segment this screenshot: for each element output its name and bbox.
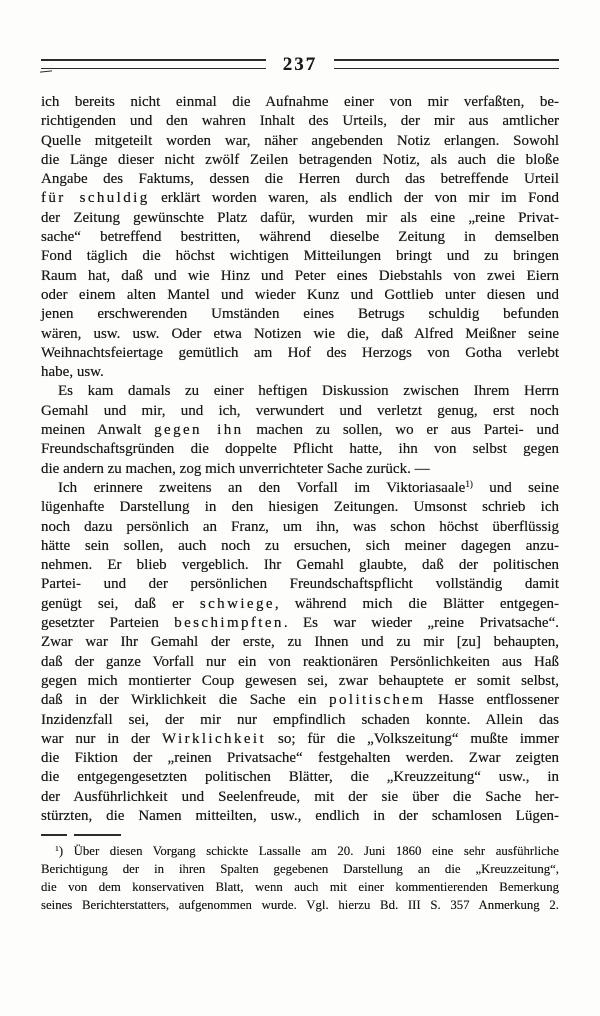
text-segment: und seine <box>473 480 559 496</box>
text-line: Gemahl und mir, und ich, verwundert und … <box>41 402 559 421</box>
text-line: der Ausführlichkeit und Seelenfreude, mi… <box>41 788 559 807</box>
text-segment: habe, usw. <box>41 364 104 380</box>
text-line: hätte sein sollen, auch noch zu ersuchen… <box>41 537 559 556</box>
text-line: habe, usw. <box>41 363 559 382</box>
text-line: war nur in der Wirklichkeit so; für die … <box>41 730 559 749</box>
text-segment: Gemahl und mir, und ich, verwundert und … <box>41 403 559 419</box>
text-line: jenen erschwerenden Umständen eines Betr… <box>41 305 559 324</box>
text-segment: die Fiktion der „reinen Privatsache“ fes… <box>41 750 559 766</box>
text-segment: gesetzter Parteien <box>41 615 174 631</box>
text-segment: erklärt worden waren, als endlich der vo… <box>150 190 559 206</box>
text-segment: daß der ganze Vorfall nur ein von reakti… <box>41 654 559 670</box>
text-line: Ich erinnere zweitens an den Vorfall im … <box>41 479 559 498</box>
letterspaced-text: Wirklichkeit <box>162 731 266 747</box>
text-segment: Angabe des Faktums, dessen die Herren du… <box>41 171 559 187</box>
text-segment: stürzten, die Namen mitteilten, usw., en… <box>41 808 559 824</box>
text-line: oder einem alten Mantel und wieder Kunz … <box>41 286 559 305</box>
header-rule-right <box>334 59 559 69</box>
text-body: ich bereits nicht einmal die Aufnahme ei… <box>41 93 559 826</box>
footnote-line: seines Berichterstatters, aufgenommen wu… <box>41 896 559 914</box>
text-line: die Länge dieser nicht zwölf Zeilen betr… <box>41 151 559 170</box>
text-line: daß der ganze Vorfall nur ein von reakti… <box>41 653 559 672</box>
text-line: Raum hat, daß und wie Hinz und Peter ein… <box>41 267 559 286</box>
text-segment: genügt sei, daß er <box>41 596 200 612</box>
text-line: Es kam damals zu einer heftigen Diskussi… <box>41 382 559 401</box>
letterspaced-text: gegen ihn <box>154 422 243 438</box>
text-segment: Quelle mitgeteilt worden war, näher ange… <box>41 133 559 149</box>
text-segment: meinen Anwalt <box>41 422 154 438</box>
footnote: 1) Über diesen Vorgang schickte Lassalle… <box>41 842 559 914</box>
text-line: Quelle mitgeteilt worden war, näher ange… <box>41 132 559 151</box>
text-segment: Zwar war Ihr Gemahl der erste, zu Ihnen … <box>41 634 559 650</box>
text-segment: . Es war wieder „reine Privatsache“. <box>284 615 559 631</box>
letterspaced-text: für schuldig <box>41 190 150 206</box>
text-segment: die andern zu machen, zog mich unverrich… <box>41 461 430 477</box>
text-line: für schuldig erklärt worden waren, als e… <box>41 189 559 208</box>
text-line: wären, usw. usw. Oder etwa Notizen wie d… <box>41 325 559 344</box>
scanned-book-page: 237 ich bereits nicht einmal die Aufnahm… <box>0 0 600 1016</box>
text-line: genügt sei, daß er schwiege, während mic… <box>41 595 559 614</box>
footnote-line: Berichtigung der in ihren Spalten gegebe… <box>41 860 559 878</box>
text-segment: wären, usw. usw. Oder etwa Notizen wie d… <box>41 326 559 342</box>
text-segment: die von dem konservativen Blatt, wenn au… <box>41 880 559 894</box>
footnote-line: 1) Über diesen Vorgang schickte Lassalle… <box>41 842 559 860</box>
footnote-line: die von dem konservativen Blatt, wenn au… <box>41 878 559 896</box>
text-segment: ) Über diesen Vorgang schickte Lassalle … <box>59 844 559 858</box>
text-line: Weihnachtsfeiertage gemütlich am Hof des… <box>41 344 559 363</box>
text-segment: die Länge dieser nicht zwölf Zeilen betr… <box>41 152 559 168</box>
page-header: 237 <box>41 53 559 75</box>
footnote-separator <box>41 834 121 836</box>
text-segment: der Ausführlichkeit und Seelenfreude, mi… <box>41 789 559 805</box>
text-segment: oder einem alten Mantel und wieder Kunz … <box>41 287 559 303</box>
text-segment: Inzidenzfall sei, der mir nur empfindlic… <box>41 712 559 728</box>
text-line: sache“ betreffend bestritten, während di… <box>41 228 559 247</box>
letterspaced-text: schwiege <box>200 596 275 612</box>
text-segment: Fond täglich die höchst wichtigen Mittei… <box>41 248 559 264</box>
text-segment: Hasse entflossener <box>426 692 560 708</box>
text-segment: seines Berichterstatters, aufgenommen wu… <box>41 898 559 912</box>
text-line: gegen mich montierter Coup gewesen sei, … <box>41 672 559 691</box>
text-segment: Raum hat, daß und wie Hinz und Peter ein… <box>41 268 559 284</box>
text-line: der Zeitung gewünschte Platz dafür, wurd… <box>41 209 559 228</box>
text-segment: Berichtigung der in ihren Spalten gegebe… <box>41 862 559 876</box>
text-segment: gegen mich montierter Coup gewesen sei, … <box>41 673 559 689</box>
letterspaced-text: beschimpften <box>174 615 284 631</box>
text-line: die entgegengesetzten politischen Blätte… <box>41 768 559 787</box>
text-segment: Es kam damals zu einer heftigen Diskussi… <box>58 383 559 399</box>
text-segment: der Zeitung gewünschte Platz dafür, wurd… <box>41 210 559 226</box>
text-segment: Partei- und der persönlichen Freundschaf… <box>41 576 559 592</box>
text-segment: sache“ betreffend bestritten, während di… <box>41 229 559 245</box>
text-line: nehmen. Er blieb vergeblich. Ihr Gemahl … <box>41 556 559 575</box>
text-line: Partei- und der persönlichen Freundschaf… <box>41 575 559 594</box>
text-line: Fond täglich die höchst wichtigen Mittei… <box>41 247 559 266</box>
paragraph: ich bereits nicht einmal die Aufnahme ei… <box>41 93 559 382</box>
footnote-marker: 1 <box>55 844 59 853</box>
text-segment: nehmen. Er blieb vergeblich. Ihr Gemahl … <box>41 557 559 573</box>
text-segment: war nur in der <box>41 731 162 747</box>
text-line: meinen Anwalt gegen ihn machen zu sollen… <box>41 421 559 440</box>
text-line: die andern zu machen, zog mich unverrich… <box>41 460 559 479</box>
text-line: stürzten, die Namen mitteilten, usw., en… <box>41 807 559 826</box>
text-segment: Ich erinnere zweitens an den Vorfall im … <box>58 480 465 496</box>
text-segment: die entgegengesetzten politischen Blätte… <box>41 769 559 785</box>
text-line: daß in der Wirklichkeit die Sache ein po… <box>41 691 559 710</box>
text-segment: richtigenden und den wahren Inhalt des U… <box>41 113 559 129</box>
text-segment: lügenhafte Darstellung in den hiesigen Z… <box>41 499 559 515</box>
text-line: lügenhafte Darstellung in den hiesigen Z… <box>41 498 559 517</box>
footnote-marker: 1) <box>465 479 473 489</box>
header-rule-left <box>41 59 266 69</box>
text-line: Freundschaftsgründen die doppelte Pflich… <box>41 440 559 459</box>
text-segment: noch dazu persönlich an Franz, um ihn, w… <box>41 519 559 535</box>
text-segment: ich bereits nicht einmal die Aufnahme ei… <box>41 94 559 110</box>
letterspaced-text: politischem <box>329 692 425 708</box>
text-segment: hätte sein sollen, auch noch zu ersuchen… <box>41 538 559 554</box>
paragraph: Ich erinnere zweitens an den Vorfall im … <box>41 479 559 826</box>
text-line: die Fiktion der „reinen Privatsache“ fes… <box>41 749 559 768</box>
text-line: noch dazu persönlich an Franz, um ihn, w… <box>41 518 559 537</box>
page-number: 237 <box>283 54 318 76</box>
text-line: richtigenden und den wahren Inhalt des U… <box>41 112 559 131</box>
paragraph: Es kam damals zu einer heftigen Diskussi… <box>41 382 559 478</box>
text-segment: , während mich die Blätter entgegen- <box>275 596 559 612</box>
text-line: ich bereits nicht einmal die Aufnahme ei… <box>41 93 559 112</box>
text-segment: daß in der Wirklichkeit die Sache ein <box>41 692 329 708</box>
text-segment: Weihnachtsfeiertage gemütlich am Hof des… <box>41 345 559 361</box>
text-line: Inzidenzfall sei, der mir nur empfindlic… <box>41 711 559 730</box>
text-line: gesetzter Parteien beschimpften. Es war … <box>41 614 559 633</box>
text-line: Angabe des Faktums, dessen die Herren du… <box>41 170 559 189</box>
text-segment: jenen erschwerenden Umständen eines Betr… <box>41 306 559 322</box>
text-segment: machen zu sollen, wo er aus Partei- und <box>244 422 559 438</box>
text-line: Zwar war Ihr Gemahl der erste, zu Ihnen … <box>41 633 559 652</box>
text-segment: so; für die „Volkszeitung“ mußte immer <box>266 731 559 747</box>
text-segment: Freundschaftsgründen die doppelte Pflich… <box>41 441 559 457</box>
